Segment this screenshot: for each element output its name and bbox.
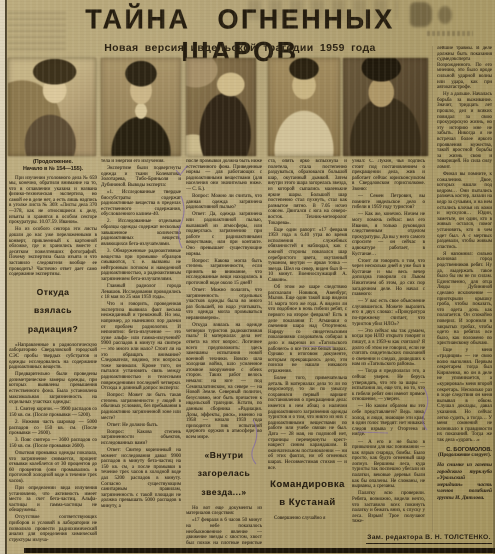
heading-line: Командировка xyxy=(268,476,347,494)
heading-line: звезда...» xyxy=(186,483,262,502)
portrait-photo-3 xyxy=(186,58,256,156)
dialogue-line: — А его и не было в привычном для нас по… xyxy=(352,440,425,490)
dialogue-line: — Тогда я предполагал это, а сейчас увер… xyxy=(352,369,425,403)
dialogue-line: — Как же, конечно. Ничем не могу помочь … xyxy=(352,212,425,257)
continuation-note: (Продолжение. Начало в № 154—155). xyxy=(9,159,97,173)
paragraph: Но из особого сектора эти листы дошли до… xyxy=(9,227,97,277)
paragraph: Предварительно были проведены дозиметрич… xyxy=(9,372,97,406)
portrait-photo-4 xyxy=(268,58,340,156)
heading-line: в Кустанай xyxy=(268,494,347,512)
page-edge-line xyxy=(5,0,7,554)
paragraph: Еще один рапорт: «17 февраля 1959 года в… xyxy=(268,228,347,284)
paragraph: тела и энергии его излучения. xyxy=(101,159,181,165)
text-column-5: узнал: С. Лукин, чья подпись стоит под п… xyxy=(352,159,425,545)
author-signature: С. БОГОМОЛОВ. xyxy=(437,447,492,453)
paragraph: Опытная промывка одежды показала, что за… xyxy=(9,451,97,485)
paragraph: Стоит ли говорить о том, что через неско… xyxy=(352,259,425,298)
to-be-continued-note: (Продолжение следует). xyxy=(437,453,492,459)
paragraph: ста, опять ярко вспыхнула и полетела, ст… xyxy=(268,159,347,226)
paragraph: 2. Исследованные отдельные образцы одежд… xyxy=(101,219,181,247)
column-divider xyxy=(432,46,433,532)
dialogue-line: — Семен Петрович, вы помните ивдельское … xyxy=(352,194,425,211)
paragraph: При определении вида излучения установле… xyxy=(9,486,97,514)
heading-line: «Внутри xyxy=(186,446,262,465)
dialogue-line: — Но каким образом вы это себе представл… xyxy=(352,404,425,438)
qa-question: Вопрос: Может ли быть такая степень загр… xyxy=(101,393,181,421)
paragraph: «17 февраля в 6 часов 50 минут на небе п… xyxy=(186,518,262,545)
paragraph: «Направленные в радиологическую лаборато… xyxy=(9,343,97,371)
paragraph: Экспертизе были подвергнуты одежда и тка… xyxy=(101,166,181,188)
qa-answer: Ответ: Свитер коричневый на момент иссле… xyxy=(101,448,181,510)
heading-line: радиация? xyxy=(9,320,97,339)
continuation-line: Начало в № 154—155). xyxy=(9,166,97,173)
paragraph: Более того, примечательна деталь. В мате… xyxy=(268,376,347,471)
qa-question: Вопрос: Можно ли считать, что данная оде… xyxy=(186,194,262,211)
paragraph: Но вот еще документы из материалов следс… xyxy=(186,506,262,517)
paragraph: Что и говорить, проведенная экспертиза в… xyxy=(101,302,181,392)
paragraph: Я напомнил: сильно волновал город родств… xyxy=(437,252,492,347)
paragraph: Палатку всю проверили. Ребята, возможно,… xyxy=(352,491,425,525)
paragraph: Еще у меня «традиция» — не свою волю вып… xyxy=(437,348,492,443)
portrait-photo-5 xyxy=(343,58,428,156)
paragraph: после промывки должна быть ниже естестве… xyxy=(186,159,262,193)
section-heading-radiation: Откуда взялась радиация? xyxy=(9,283,97,339)
paragraph: Совершенно случайно я xyxy=(268,516,347,522)
paragraph: лейшие травмы. В деле должны быть показа… xyxy=(437,46,492,91)
portrait-photo-2 xyxy=(101,58,181,156)
heading-line: взялась xyxy=(9,301,97,320)
portrait-photo-1 xyxy=(8,58,96,156)
heading-line: загорелась xyxy=(186,464,262,483)
paragraph: Главный радиолог города Левашов. Исследо… xyxy=(101,284,181,301)
qa-question: Вопрос: Какова степень загрязненности об… xyxy=(101,430,181,447)
text-column-6: лейшие травмы. В деле должны быть показа… xyxy=(437,46,492,532)
list-item: 1. Свитер коричн. — 9900 распадов со 150… xyxy=(9,407,97,418)
text-column-2: тела и энергии его излучения. Экспертизе… xyxy=(101,159,181,545)
photo-caption: На снимке из газеты городского турклуба … xyxy=(437,462,492,501)
continuation-line: (Продолжение. xyxy=(9,159,97,166)
qa-answer: Ответ: Не должно быть. xyxy=(101,423,181,429)
paragraph: При изучении уголовного дела № 659 мы, к… xyxy=(9,176,97,226)
paragraph: Откуда взялась на одежде четверки турист… xyxy=(186,323,262,440)
newspaper-page: ТАЙНА ОГНЕННЫХ ШАРОВ Новая версия ивдель… xyxy=(0,0,495,554)
dialogue-line: — Это сейчас мы так думаем, когда про НЛ… xyxy=(352,329,425,368)
heading-line: Откуда xyxy=(9,283,97,302)
qa-answer: Ответ: Можно полагать, что загрязненност… xyxy=(186,288,262,322)
qa-answer: Ответ: Да, одежда загрязнена или радиоак… xyxy=(186,212,262,257)
dialogue-line: — У вас есть свое объяснение случившегос… xyxy=(352,299,425,327)
section-heading-kustanai: Командировка в Кустанай xyxy=(268,476,347,512)
text-column-4: ста, опять ярко вспыхнула и полетела, ст… xyxy=(268,159,347,545)
paragraph: 3. Обнаруженные радиоактивные вещества п… xyxy=(101,249,181,283)
paragraph: Финал вы помните, к сожалению. Двое, кот… xyxy=(437,172,492,250)
paragraph: Отсутствие соответствующих приборов и ус… xyxy=(9,515,97,543)
section-heading-star: «Внутри загорелась звезда...» xyxy=(186,446,262,502)
bottom-rule xyxy=(24,548,495,553)
list-item: 3. Пояс свитера — 3600 распадов со 150 к… xyxy=(9,438,97,449)
text-column-3: после промывки должна быть ниже естестве… xyxy=(186,159,262,545)
text-column-1: (Продолжение. Начало в № 154—155). При и… xyxy=(9,159,97,545)
editor-credit: Зам. редактора В. Н. ТОЛСТЕНКО. xyxy=(366,534,492,544)
headline-subtitle: Новая версия ивдельской трагедии 1959 го… xyxy=(90,42,390,54)
paragraph: «1. Исследованные твердые биосубстраты с… xyxy=(101,190,181,218)
paragraph: узнал: С. Лукин, чья подпись стоит под п… xyxy=(352,159,425,193)
list-item: 2. Нижняя часть шаровар — 5000 распадов … xyxy=(9,420,97,437)
paragraph: Ну а дальше. Началась борьба за выживани… xyxy=(437,92,492,170)
paragraph: Об этом же шаре следствию рассказали Нов… xyxy=(268,285,347,375)
qa-question: Вопрос: Какова могла быть степень загряз… xyxy=(186,259,262,287)
